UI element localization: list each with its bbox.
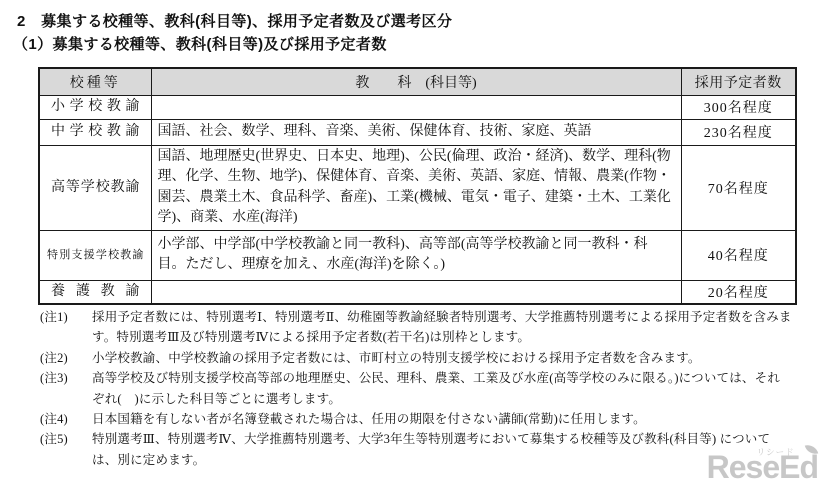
planned-hires-cell: 40名程度 [681, 230, 796, 280]
note-label: (注3) [40, 368, 68, 388]
note-label: (注2) [40, 348, 68, 368]
note-4: (注4)日本国籍を有しない者が名簿登載された場合は、任用の期限を付さない講師(常… [40, 409, 792, 429]
table-row-elementary: 小学校教諭 300名程度 [39, 95, 796, 119]
school-type-cell: 特別支援学校教諭 [39, 230, 151, 280]
document-page: 2 募集する校種等、教科(科目等)、採用予定者数及び選考区分 （1）募集する校種… [0, 0, 826, 487]
school-type-cell: 高等学校教諭 [39, 145, 151, 230]
note-label: (注4) [40, 409, 68, 429]
col-header-planned-hires: 採用予定者数 [681, 68, 796, 95]
table-row-junior-high: 中学校教諭 国語、社会、数学、理科、音楽、美術、保健体育、技術、家庭、英語 23… [39, 119, 796, 145]
planned-hires-cell: 20名程度 [681, 280, 796, 304]
note-text: 小学校教諭、中学校教諭の採用予定者数には、市町村立の特別支援学校における採用予定… [92, 351, 701, 365]
note-text: 日本国籍を有しない者が名簿登載された場合は、任用の期限を付さない講師(常勤)に任… [92, 412, 646, 426]
planned-hires-cell: 70名程度 [681, 145, 796, 230]
table-row-high-school: 高等学校教諭 国語、地理歴史(世界史、日本史、地理)、公民(倫理、政治・経済)、… [39, 145, 796, 230]
note-label: (注5) [40, 429, 68, 449]
note-2: (注2)小学校教諭、中学校教諭の採用予定者数には、市町村立の特別支援学校における… [40, 348, 792, 368]
subjects-cell: 国語、地理歴史(世界史、日本史、地理)、公民(倫理、政治・経済)、数学、理科(物… [151, 145, 681, 230]
note-text: 特別選考Ⅲ、特別選考Ⅳ、大学推薦特別選考、大学3年生等特別選考において募集する校… [92, 432, 770, 466]
watermark-ruby-text: リシード [757, 446, 795, 458]
col-header-subjects: 教 科 (科目等) [151, 68, 681, 95]
subjects-cell [151, 280, 681, 304]
planned-hires-cell: 300名程度 [681, 95, 796, 119]
note-text: 採用予定者数には、特別選考Ⅰ、特別選考Ⅱ、幼稚園等教諭経験者特別選考、大学推薦特… [92, 310, 792, 344]
recruitment-table: 校種等 教 科 (科目等) 採用予定者数 小学校教諭 300名程度 中学校教諭 … [38, 67, 797, 305]
table-header-row: 校種等 教 科 (科目等) 採用予定者数 [39, 68, 796, 95]
planned-hires-cell: 230名程度 [681, 119, 796, 145]
subjects-cell [151, 95, 681, 119]
reseed-watermark: リシード ReseEd [707, 451, 818, 483]
page-title: 2 募集する校種等、教科(科目等)、採用予定者数及び選考区分 [17, 10, 452, 31]
note-5: (注5)特別選考Ⅲ、特別選考Ⅳ、大学推薦特別選考、大学3年生等特別選考において募… [40, 429, 792, 470]
col-header-school-type: 校種等 [39, 68, 151, 95]
note-text: 高等学校及び特別支援学校高等部の地理歴史、公民、理科、農業、工業及び水産(高等学… [92, 371, 780, 405]
subjects-cell: 小学部、中学部(中学校教諭と同一教科)、高等部(高等学校教諭と同一教科・科目。た… [151, 230, 681, 280]
note-label: (注1) [40, 307, 68, 327]
note-1: (注1)採用予定者数には、特別選考Ⅰ、特別選考Ⅱ、幼稚園等教諭経験者特別選考、大… [40, 307, 792, 348]
school-type-cell: 中学校教諭 [39, 119, 151, 145]
subjects-cell: 国語、社会、数学、理科、音楽、美術、保健体育、技術、家庭、英語 [151, 119, 681, 145]
section-subtitle: （1）募集する校種等、教科(科目等)及び採用予定者数 [13, 33, 387, 54]
school-type-cell: 養護教諭 [39, 280, 151, 304]
note-3: (注3)高等学校及び特別支援学校高等部の地理歴史、公民、理科、農業、工業及び水産… [40, 368, 792, 409]
footnotes: (注1)採用予定者数には、特別選考Ⅰ、特別選考Ⅱ、幼稚園等教諭経験者特別選考、大… [40, 307, 792, 470]
table-row-school-nurse: 養護教諭 20名程度 [39, 280, 796, 304]
school-type-cell: 小学校教諭 [39, 95, 151, 119]
table-row-special-support: 特別支援学校教諭 小学部、中学部(中学校教諭と同一教科)、高等部(高等学校教諭と… [39, 230, 796, 280]
